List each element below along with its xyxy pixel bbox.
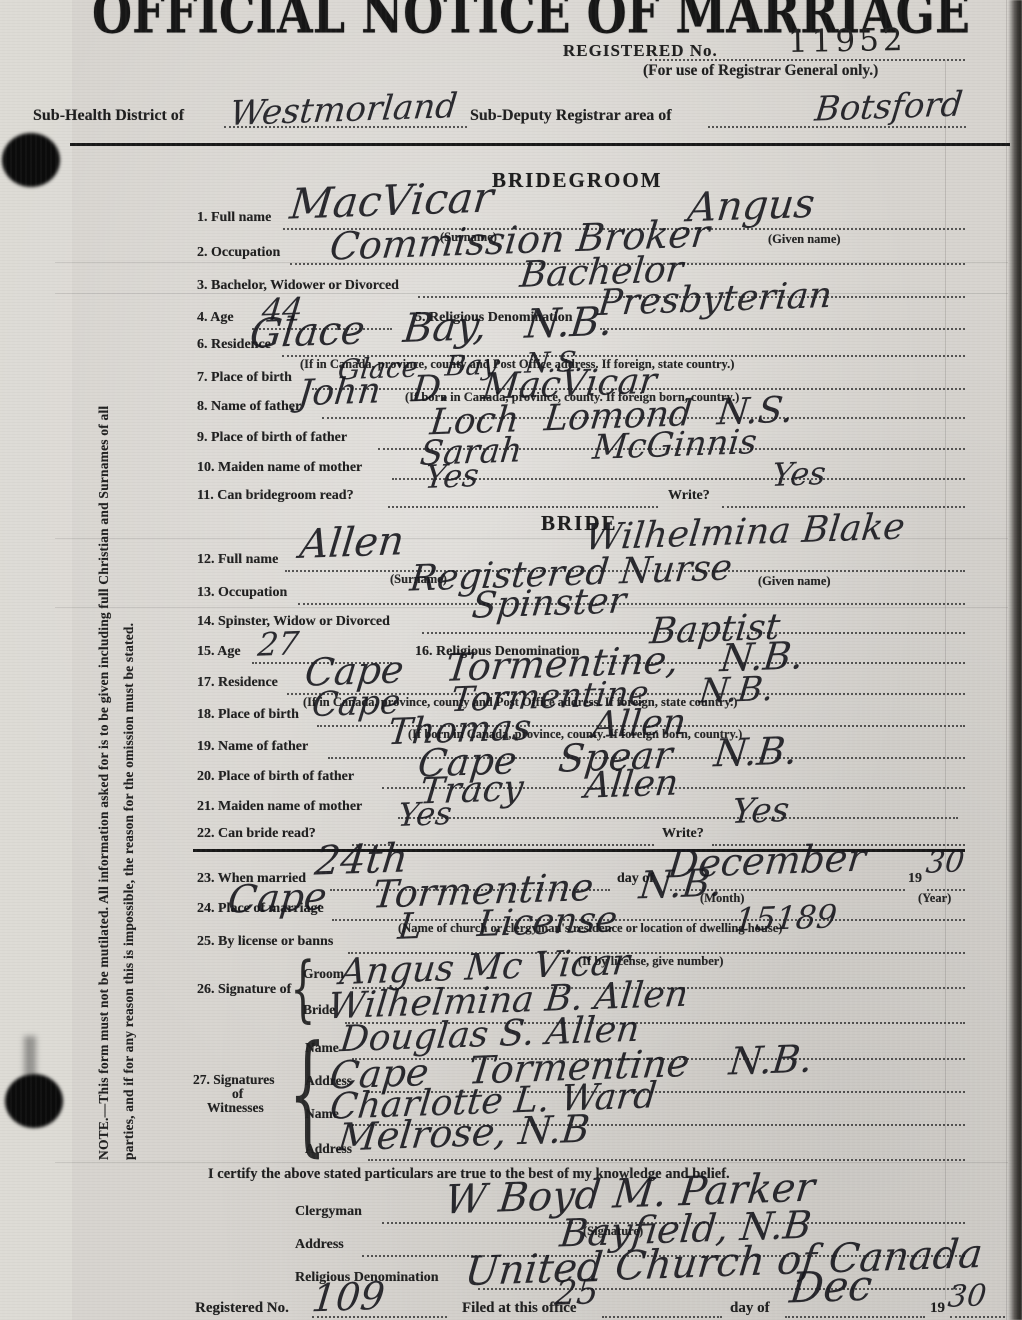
field-1-full-name-label: 1. Full name [197,210,271,226]
filing-registered-no-label: Registered No. [195,1300,289,1317]
margin-note: NOTE.—This form must not be mutilated. A… [91,406,141,1160]
year-prefix: 19 [908,871,922,887]
field-22-write-label: Write? [662,826,704,842]
field-22-read-label: 22. Can bride read? [197,826,316,842]
bridegroom-denomination-value: Presbyterian [596,278,833,322]
dotted-line [368,1159,965,1161]
scan-smudge [24,1036,36,1076]
filing-year-value: 30 [946,1281,987,1312]
bridegroom-surname-value: MacVicar [288,176,496,225]
horizontal-rule-top [70,143,1010,146]
given-name-caption: (Given name) [758,574,831,589]
dotted-line [600,328,965,330]
sub-deputy-area-value: Botsford [813,87,964,126]
field-9-father-birthplace-label: 9. Place of birth of father [197,430,347,446]
clergyman-denomination-value: United Church of Canada [463,1234,984,1292]
bride-read-value: Yes [396,797,453,831]
sub-health-district-value: Westmorland [228,89,459,131]
groom-signature-label: Groom [303,966,344,982]
field-10-mother-label: 10. Maiden name of mother [197,460,362,476]
field-21-mother-label: 21. Maiden name of mother [197,799,362,815]
bride-write-value: Yes [730,793,791,829]
bridegroom-write-value: Yes [770,457,827,491]
scan-artifact-line [55,1162,1008,1163]
clergyman-label: Clergyman [295,1204,362,1220]
filing-year-prefix: 19 [930,1300,945,1317]
field-7-birthplace-label: 7. Place of birth [197,370,292,386]
bride-mother-value: Tracy Allen [418,765,680,810]
field-20-father-birthplace-label: 20. Place of birth of father [197,769,354,785]
field-26-signature-label: 26. Signature of [197,982,291,998]
bride-status-value: Spinster [470,583,628,625]
field-17-residence-label: 17. Residence [197,675,278,691]
marriage-year-value: 30 [924,847,965,878]
bride-surname-value: Allen [298,521,406,565]
dotted-line [785,1316,925,1318]
dotted-line [602,1316,722,1318]
field-8-father-label: 8. Name of father [197,399,301,415]
scan-artifact-line [945,60,946,1300]
license-value: L License [396,902,619,946]
field-2-occupation-label: 2. Occupation [197,245,280,261]
clergyman-address-label: Address [295,1237,344,1253]
punch-hole [2,133,60,187]
dotted-line [950,1316,1005,1318]
filing-day-of-label: day of [730,1300,770,1317]
field-19-father-label: 19. Name of father [197,739,308,755]
filed-day-value: 25 [553,1275,600,1311]
witness2-address-value: Melrose, N.B [336,1110,591,1157]
scanner-edge-shadow [1008,0,1022,1320]
field-27-witnesses-label-line3: Witnesses [207,1100,264,1116]
field-15-age-label: 15. Age [197,644,241,660]
field-11-read-label: 11. Can bridegroom read? [197,488,354,504]
license-number-value: 15189 [733,900,838,936]
field-13-occupation-label: 13. Occupation [197,585,287,601]
punch-hole [5,1074,63,1128]
registered-no-value: 11952 [788,22,907,60]
filing-registered-no-value: 109 [310,1277,386,1318]
margin-note-line2: parties, and if for any reason this is i… [116,406,141,1160]
bridegroom-heading: BRIDEGROOM [492,168,663,193]
field-18-birthplace-label: 18. Place of birth [197,707,299,723]
field-12-full-name-label: 12. Full name [197,552,278,568]
scan-artifact-line [1006,0,1007,1320]
registrar-general-note: (For use of Registrar General only.) [643,62,878,80]
field-4-age-label: 4. Age [197,310,234,326]
margin-note-line1: NOTE.—This form must not be mutilated. A… [91,406,116,1160]
field-11-write-label: Write? [668,488,710,504]
year-caption: (Year) [918,891,951,906]
filing-month-value: Dec [788,1264,874,1309]
dotted-line [298,603,965,605]
sub-health-district-label: Sub-Health District of [33,107,184,125]
registered-no-label: REGISTERED No. [563,41,718,61]
given-name-caption: (Given name) [768,232,841,247]
bridegroom-read-value: Yes [423,459,480,493]
dotted-line [398,817,958,819]
bride-age-value: 27 [256,627,300,661]
bride-given-name-value: Wilhelmina Blake [583,509,906,556]
dotted-line [388,506,658,508]
scanned-marriage-notice-document: OFFICIAL NOTICE OF MARRIAGE REGISTERED N… [0,0,1022,1320]
sub-deputy-area-label: Sub-Deputy Registrar area of [470,107,672,125]
